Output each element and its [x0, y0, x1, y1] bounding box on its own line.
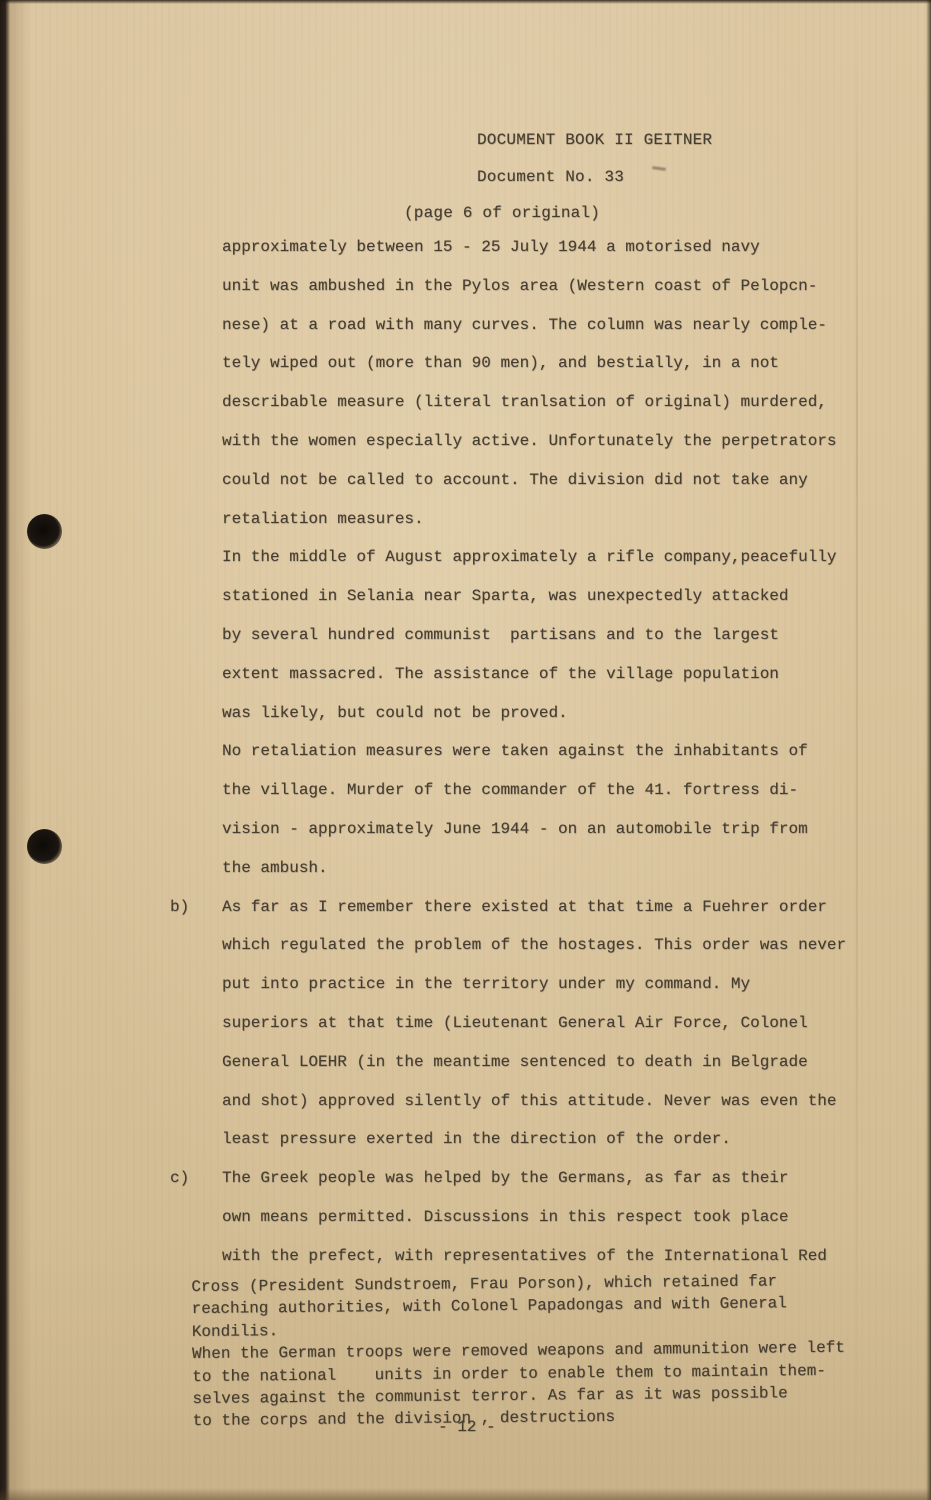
line-text: General LOEHR (in the meantime sentenced… [222, 1053, 808, 1071]
line-text: could not be called to account. The divi… [222, 471, 808, 489]
line-text: least pressure exerted in the direction … [222, 1130, 731, 1148]
page-edge-bottom [0, 1488, 931, 1500]
text-line: describable measure (literal tranlsation… [222, 383, 882, 422]
text-line: with the women especially active. Unfort… [222, 422, 882, 461]
ink-smudge [652, 166, 666, 171]
text-line: vision - approximately June 1944 - on an… [222, 810, 882, 849]
scanned-document-page: DOCUMENT BOOK II GEITNER Document No. 33… [0, 0, 931, 1500]
bottom-text-block: Cross (President Sundstroem, Frau Porson… [191, 1269, 902, 1433]
text-line: the ambush. [222, 849, 882, 888]
line-text: and shot) approved silently of this atti… [222, 1092, 837, 1110]
line-text: the village. Murder of the commander of … [222, 781, 798, 799]
document-book-title: DOCUMENT BOOK II GEITNER [477, 130, 712, 150]
text-line: by several hundred communist partisans a… [222, 616, 882, 655]
line-text: Kondilis. [192, 1322, 279, 1341]
line-text: nese) at a road with many curves. The co… [222, 316, 827, 334]
page-edge-top [0, 0, 931, 4]
line-text: put into practice in the territory under… [222, 975, 750, 993]
line-text: unit was ambushed in the Pylos area (Wes… [222, 277, 817, 295]
line-text: vision - approximately June 1944 - on an… [222, 820, 808, 838]
text-line: extent massacred. The assistance of the … [222, 655, 882, 694]
text-line: the village. Murder of the commander of … [222, 771, 882, 810]
text-line: General LOEHR (in the meantime sentenced… [222, 1043, 882, 1082]
line-text: As far as I remember there existed at th… [222, 898, 827, 916]
text-line: was likely, but could not be proved. [222, 694, 882, 733]
text-line: own means permitted. Discussions in this… [222, 1198, 882, 1237]
text-line: No retaliation measures were taken again… [222, 732, 882, 771]
left-edge-shadow [7, 0, 31, 1500]
line-text: Cross (President Sundstroem, Frau Porson… [191, 1272, 777, 1296]
text-line: nese) at a road with many curves. The co… [222, 306, 882, 345]
document-number: Document No. 33 [477, 167, 624, 187]
line-text: describable measure (literal tranlsation… [222, 393, 827, 411]
text-line: which regulated the problem of the hosta… [222, 926, 882, 965]
line-text: No retaliation measures were taken again… [222, 742, 808, 760]
line-text: own means permitted. Discussions in this… [222, 1208, 789, 1226]
line-text: superiors at that time (Lieutenant Gener… [222, 1014, 808, 1032]
text-line: unit was ambushed in the Pylos area (Wes… [222, 267, 882, 306]
main-text-block: approximately between 15 - 25 July 1944 … [222, 228, 882, 1276]
line-text: approximately between 15 - 25 July 1944 … [222, 238, 760, 256]
line-text: retaliation measures. [222, 510, 424, 528]
text-line: retaliation measures. [222, 500, 882, 539]
binder-edge-left [0, 0, 10, 1500]
line-text: with the prefect, with representatives o… [222, 1247, 827, 1265]
text-line: and shot) approved silently of this atti… [222, 1082, 882, 1121]
line-text: was likely, but could not be proved. [222, 704, 568, 722]
line-text: by several hundred communist partisans a… [222, 626, 779, 644]
line-text: to the corps and the division , destruct… [193, 1408, 616, 1430]
punch-hole-bottom [27, 829, 62, 864]
text-line: superiors at that time (Lieutenant Gener… [222, 1004, 882, 1043]
page-number: - 12 - [438, 1418, 496, 1436]
page-note: (page 6 of original) [404, 203, 600, 223]
section-marker: c) [170, 1159, 189, 1198]
line-text: The Greek people was helped by the Germa… [222, 1169, 789, 1187]
text-line: least pressure exerted in the direction … [222, 1120, 882, 1159]
line-text: extent massacred. The assistance of the … [222, 665, 779, 683]
text-line: c)The Greek people was helped by the Ger… [222, 1159, 882, 1198]
text-line: put into practice in the territory under… [222, 965, 882, 1004]
text-line: could not be called to account. The divi… [222, 461, 882, 500]
paper-fold-line [856, 0, 858, 1500]
line-text: which regulated the problem of the hosta… [222, 936, 846, 954]
line-text: reaching authorities, with Colonel Papad… [191, 1295, 786, 1319]
line-text: In the middle of August approximately a … [222, 548, 837, 566]
line-text: the ambush. [222, 859, 328, 877]
line-text: tely wiped out (more than 90 men), and b… [222, 354, 779, 372]
line-text: stationed in Selania near Sparta, was un… [222, 587, 789, 605]
line-text: with the women especially active. Unfort… [222, 432, 837, 450]
text-line: tely wiped out (more than 90 men), and b… [222, 344, 882, 383]
section-marker: b) [170, 888, 189, 927]
text-line: In the middle of August approximately a … [222, 538, 882, 577]
text-line: approximately between 15 - 25 July 1944 … [222, 228, 882, 267]
text-line: b)As far as I remember there existed at … [222, 888, 882, 927]
page-edge-right [926, 0, 931, 1500]
line-text: selves against the communist terror. As … [192, 1384, 787, 1408]
text-line: stationed in Selania near Sparta, was un… [222, 577, 882, 616]
punch-hole-top [27, 514, 62, 549]
